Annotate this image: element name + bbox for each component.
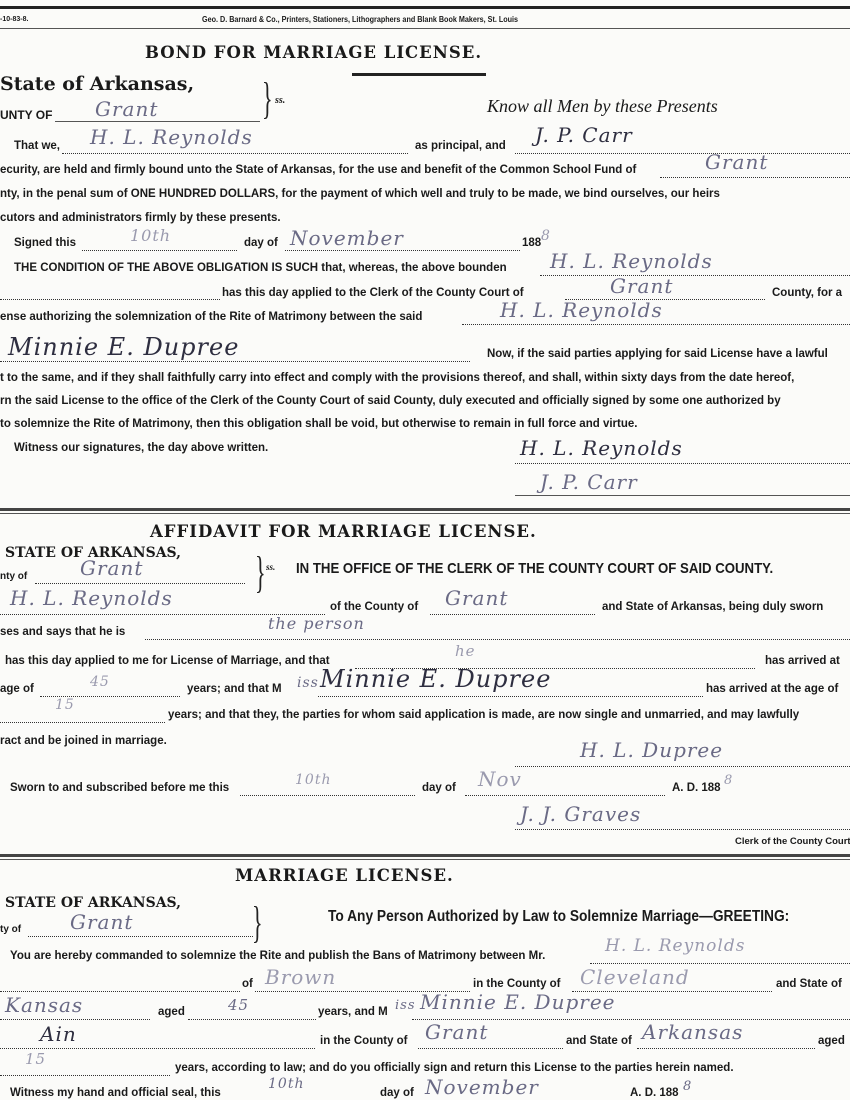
sworn-day-line [240,794,415,796]
witness-label: Witness my hand and official seal, this [10,1087,221,1099]
aged-label: aged [158,1006,185,1018]
principal-line [62,152,408,154]
groom-line [462,323,850,325]
brace: } [262,73,273,124]
bride-name: Minnie E. Dupree [8,333,239,361]
bond-line-3: nty, in the penal sum of ONE HUNDRED DOL… [0,188,720,200]
witness-ad-label: A. D. 188 [630,1087,679,1099]
return-line: rn the said License to the office of the… [0,395,781,407]
bride-state: Arkansas [642,1020,743,1044]
witness-year-suffix: 8 [683,1079,692,1094]
groom-state: Kansas [5,993,83,1017]
and-that-value: he [455,642,476,660]
bride-county-line [418,1047,563,1049]
know-all-men: Know all Men by these Presents [487,96,718,117]
groom-county: Cleveland [580,965,690,989]
years-single-text: years; and that they, the parties for wh… [168,709,799,721]
witness-day: 10th [268,1076,304,1092]
bounden-line [540,274,850,276]
now-if-text: Now, if the said parties applying for sa… [487,348,828,360]
signed-this-label: Signed this [14,237,76,249]
and-state-of: and State of [776,978,842,990]
bride-name: Minnie E. Dupree [320,665,551,693]
brace: } [252,897,263,948]
bride-county-label: in the County of [320,1035,408,1047]
condition-label: THE CONDITION OF THE ABOVE OBLIGATION IS… [14,262,507,274]
clerk-signature: J. J. Graves [520,802,641,826]
license-groom-name: H. L. Reynolds [605,936,745,956]
form-number: -10-83-8. [0,16,28,23]
top-border [0,6,850,9]
bond-county-label: UNTY OF [0,108,52,122]
bond-county-value: Grant [95,97,158,121]
signature-2-line [515,494,850,496]
section-divider-2b [0,859,850,860]
signature-1: H. L. Reynolds [520,436,683,460]
he-is-value: the person [268,614,365,633]
groom-age: 45 [90,674,110,690]
he-is-line [145,638,850,640]
bride-aged-label: aged [818,1035,845,1047]
according-text: years, according to law; and do you offi… [175,1062,734,1074]
sworn-ad-label: A. D. 188 [672,782,721,794]
section-divider-1 [0,508,850,511]
groom-name: H. L. Reynolds [500,298,663,322]
printer-imprint: Geo. D. Barnard & Co., Printers, Station… [202,15,518,24]
title-underline [352,73,486,76]
bounden-name: H. L. Reynolds [550,249,713,273]
license-groom-age: 45 [228,996,249,1014]
groom-town: Brown [265,965,336,989]
bride-state-label: and State of [566,1035,632,1047]
bride-name-line [318,695,703,697]
bride-town-line [0,1047,315,1049]
bride-state-line [637,1047,815,1049]
license-title: MARRIAGE LICENSE. [235,866,454,885]
sworn-year-suffix: 8 [724,773,733,788]
signature-1-line [515,462,850,464]
bond-line-2: ecurity, are held and firmly bound unto … [0,164,636,176]
clerk-signature-line [515,828,850,830]
consent-line: t to the same, and if they shall faithfu… [0,372,794,384]
of-label: of [242,978,253,990]
of-county-value: Grant [445,586,508,610]
as-principal-text: as principal, and [415,140,506,152]
applied-county: Grant [610,274,673,298]
bride-age-line [0,721,165,723]
sworn-month-line [465,794,665,796]
groom-residence-line [0,990,240,992]
sworn-label: Sworn to and subscribed before me this [10,782,229,794]
principal-name: H. L. Reynolds [90,125,253,149]
arrived-at-age: has arrived at the age of [706,683,838,695]
affiant-signature-line [515,765,850,767]
fund-county: Grant [705,150,768,174]
section-divider-2 [0,854,850,857]
license-state-label: STATE OF ARKANSAS, [5,895,181,911]
commanded-text: You are hereby commanded to solemnize th… [10,950,545,962]
applied-text: has this day applied to me for License o… [5,655,330,667]
witness-month: November [425,1075,539,1099]
license-county-label: ty of [0,924,21,935]
bond-ss: ss. [275,95,285,106]
witness-text: Witness our signatures, the day above wr… [14,442,268,454]
deposes-text: ses and says that he is [0,626,125,638]
signed-day-line [82,249,237,251]
sworn-month: Nov [478,767,522,791]
affidavit-ss: ss. [266,562,275,572]
fund-county-line [660,176,850,178]
license-groom-line [590,962,850,964]
affidavit-county-label: nty of [0,571,27,582]
affidavit-title: AFFIDAVIT FOR MARRIAGE LICENSE. [150,522,537,541]
years-and-miss: years, and M [318,1006,388,1018]
license-miss-prefix: iss [395,998,416,1013]
year-suffix: 8 [541,228,551,244]
license-county-value: Grant [70,910,133,934]
solemnize-line: to solemnize the Rite of Matrimony, then… [0,418,637,430]
applied-text: has this day applied to the Clerk of the… [222,287,524,299]
year-prefix: 188 [522,237,541,249]
ense-authorizing-text: ense authorizing the solemnization of th… [0,311,422,323]
bond-line-4: cutors and administrators firmly by thes… [0,212,281,224]
of-county-label: of the County of [330,601,418,613]
county-for-text: County, for a [772,287,842,299]
sworn-text: and State of Arkansas, being duly sworn [602,601,823,613]
witness-day-of: day of [380,1087,414,1099]
affidavit-county-value: Grant [80,556,143,580]
license-bride-age: 15 [25,1050,46,1068]
license-county-line [28,935,253,937]
license-groom-age-line [188,1018,316,1020]
signed-month: November [290,226,404,250]
bride-town: Ain [40,1022,77,1046]
of-county-line [430,613,595,615]
license-bride-name: Minnie E. Dupree [420,990,616,1014]
affidavit-county-line [35,582,245,584]
affiant-signature: H. L. Dupree [580,738,723,762]
groom-county-label: in the County of [473,978,561,990]
contract-text: ract and be joined in marriage. [0,735,167,747]
brace: } [255,547,266,598]
miss-prefix: iss [297,675,319,691]
bond-state-label: State of Arkansas, [0,73,194,95]
day-of-label: day of [244,237,278,249]
clerk-label: Clerk of the County Court. [735,836,850,847]
groom-state-line [0,1018,150,1020]
bride-county: Grant [425,1020,488,1044]
sworn-day: 10th [295,772,331,788]
signed-day: 10th [130,226,171,245]
bond-title: BOND FOR MARRIAGE LICENSE. [145,43,482,62]
sworn-day-of: day of [422,782,456,794]
section-divider-1b [0,513,850,514]
greeting-text: To Any Person Authorized by Law to Solem… [328,908,789,926]
age-of-label: age of [0,683,34,695]
applied-leading-line [0,298,220,300]
signature-2: J. P. Carr [540,470,638,494]
security-line [515,152,850,154]
security-name: J. P. Carr [535,123,633,147]
license-bride-age-line [0,1074,170,1076]
bond-that-we: That we, [14,140,60,152]
years-and-that: years; and that M [187,683,282,695]
office-text: IN THE OFFICE OF THE CLERK OF THE COUNTY… [296,560,773,577]
printer-rule [0,28,850,29]
arrived-at-text: has arrived at [765,655,840,667]
affiant-name: H. L. Reynolds [10,586,173,610]
bride-age: 15 [55,697,75,713]
